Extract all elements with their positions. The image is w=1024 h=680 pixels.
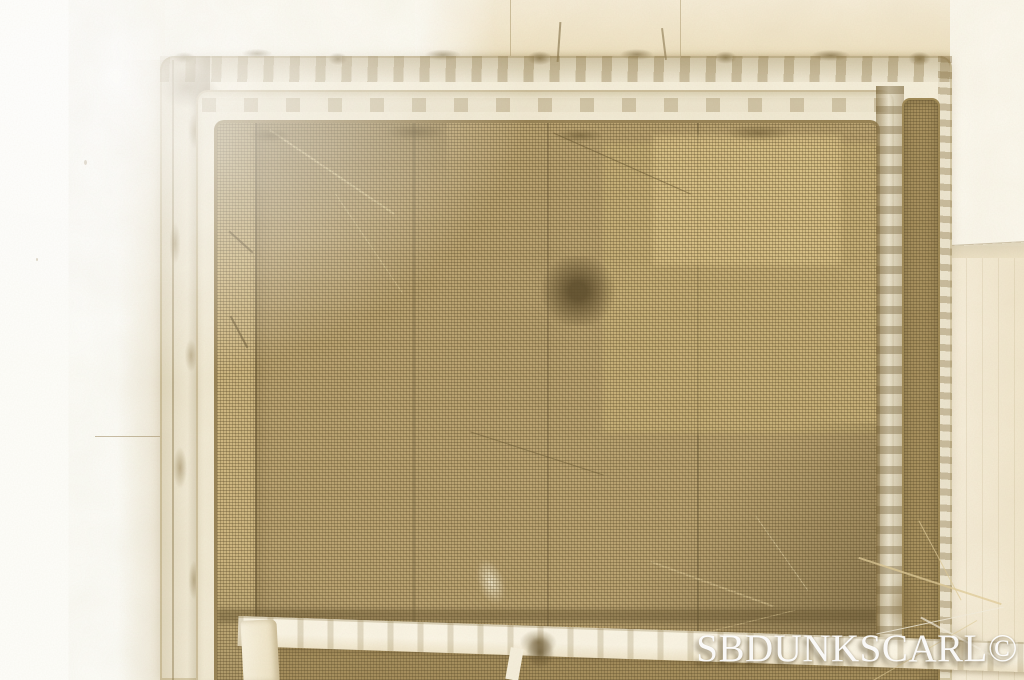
molding-line [172, 60, 174, 680]
wall-speck [84, 160, 87, 165]
right-wall-upper [950, 0, 1024, 246]
wall-shadow [118, 60, 165, 680]
frame-grime [160, 56, 952, 82]
mesh-weave-texture [217, 123, 877, 680]
left-wall [0, 0, 165, 680]
dirt-clump [522, 634, 558, 680]
photo-canvas: SBDUNKSCARL© [0, 0, 1024, 680]
screen-inner-frame [196, 90, 894, 680]
rail-grime [202, 98, 888, 112]
screen-mesh [214, 120, 880, 680]
wall-speck [36, 258, 38, 261]
lower-sash-left-stile [240, 619, 279, 680]
window-screen-frame [160, 56, 952, 680]
watermark-text: SBDUNKSCARL© [696, 626, 1018, 671]
